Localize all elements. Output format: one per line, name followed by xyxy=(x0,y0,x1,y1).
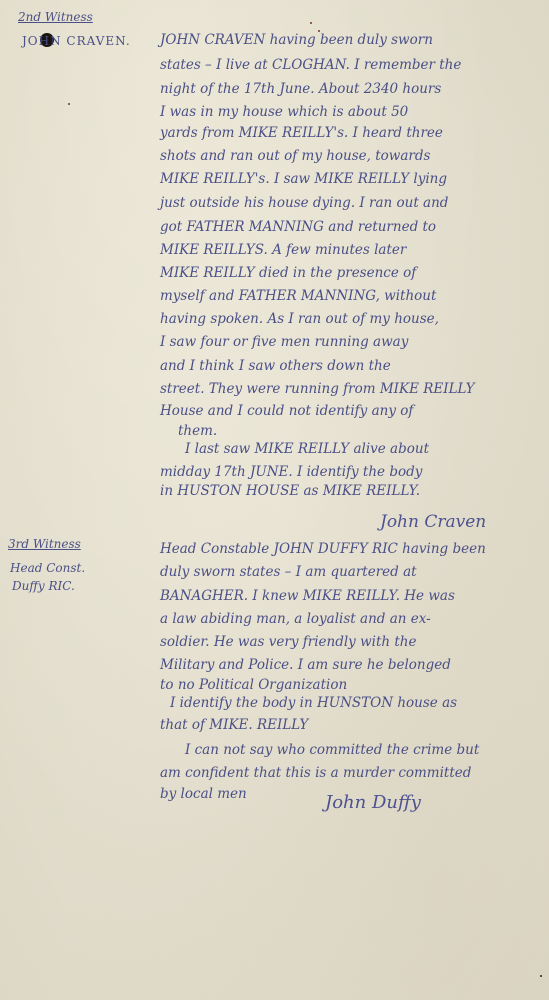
witness-2-margin-heading: 3rd Witness xyxy=(8,537,81,551)
witness-1-line: and I think I saw others down the xyxy=(160,357,545,375)
witness-2-line: to no Political Organization xyxy=(160,676,545,694)
witness-1-line: them. xyxy=(178,422,549,440)
witness-2-margin-name: Duffy RIC. xyxy=(12,578,75,594)
witness-1-signature: John Craven xyxy=(380,512,486,532)
witness-1-margin-name: JOHN CRAVEN. xyxy=(22,33,131,49)
witness-2-line: duly sworn states – I am quartered at xyxy=(160,563,545,581)
witness-1-para2-line: I last saw MIKE REILLY alive about xyxy=(185,440,549,458)
paper-speck xyxy=(68,103,70,105)
witness-2-line: soldier. He was very friendly with the xyxy=(160,633,545,651)
witness-2-para2-line: that of MIKE. REILLY xyxy=(160,716,545,734)
witness-1-line: JOHN CRAVEN having been duly sworn xyxy=(160,31,545,49)
witness-2-line: BANAGHER. I knew MIKE REILLY. He was xyxy=(160,587,545,605)
witness-1-line: just outside his house dying. I ran out … xyxy=(160,194,545,212)
witness-1-line: night of the 17th June. About 2340 hours xyxy=(160,80,545,98)
witness-2-para3-line: am confident that this is a murder commi… xyxy=(160,764,545,782)
paper-speck xyxy=(310,22,312,24)
witness-2-line: a law abiding man, a loyalist and an ex- xyxy=(160,610,545,628)
witness-2-para3-line: I can not say who committed the crime bu… xyxy=(185,741,549,759)
witness-1-line: MIKE REILLY's. I saw MIKE REILLY lying xyxy=(160,170,545,188)
witness-1-para2-line: in HUSTON HOUSE as MIKE REILLY. xyxy=(160,482,545,500)
witness-1-line: yards from MIKE REILLY's. I heard three xyxy=(160,124,545,142)
witness-2-margin-name: Head Const. xyxy=(10,560,85,576)
witness-1-line: shots and ran out of my house, towards xyxy=(160,147,545,165)
witness-1-line: MIKE REILLYS. A few minutes later xyxy=(160,241,545,259)
witness-1-line: MIKE REILLY died in the presence of xyxy=(160,264,545,282)
paper-speck xyxy=(540,975,542,977)
witness-1-line: got FATHER MANNING and returned to xyxy=(160,218,545,236)
witness-2-line: Military and Police. I am sure he belong… xyxy=(160,656,545,674)
witness-1-margin-heading: 2nd Witness xyxy=(18,10,93,24)
witness-1-line: street. They were running from MIKE REIL… xyxy=(160,380,545,398)
witness-2-signature: John Duffy xyxy=(325,792,421,813)
witness-1-para2-line: midday 17th JUNE. I identify the body xyxy=(160,463,545,481)
witness-2-line: Head Constable JOHN DUFFY RIC having bee… xyxy=(160,540,545,558)
witness-1-line: I was in my house which is about 50 xyxy=(160,103,545,121)
witness-1-line: states – I live at CLOGHAN. I remember t… xyxy=(160,56,545,74)
witness-1-line: myself and FATHER MANNING, without xyxy=(160,287,545,305)
witness-1-line: I saw four or five men running away xyxy=(160,333,545,351)
witness-1-line: having spoken. As I ran out of my house, xyxy=(160,310,545,328)
document-page: 2nd Witness JOHN CRAVEN. JOHN CRAVEN hav… xyxy=(0,0,549,1000)
witness-2-para2-line: I identify the body in HUNSTON house as xyxy=(170,694,549,712)
witness-1-line: House and I could not identify any of xyxy=(160,402,545,420)
